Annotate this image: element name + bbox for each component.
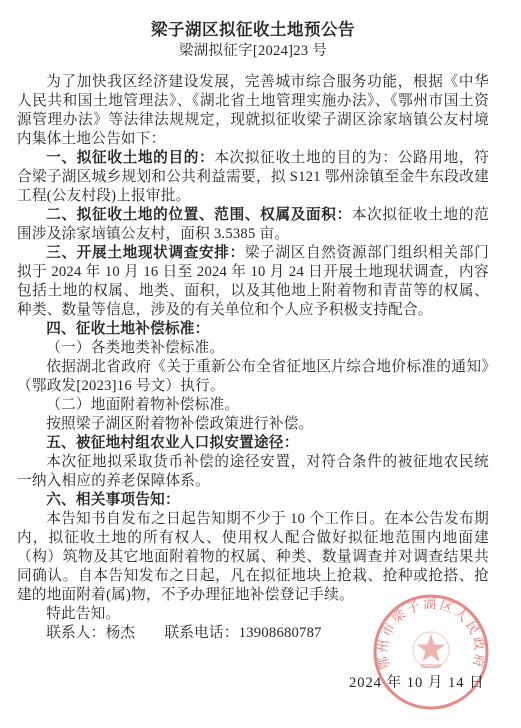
notice-document-page: 梁子湖区拟征收土地预公告 梁湖拟征字[2024]23 号 为了加快我区经济建设发… (0, 0, 521, 728)
paragraph-text: （一）各类地类补偿标准。 (46, 340, 224, 356)
paragraph-text: 依据湖北省政府《关于重新公布全省征地区片综合地价标准的通知》（鄂政发[2023]… (17, 359, 489, 394)
contact-line: 联系人：杨杰联系电话：13908680787 (17, 624, 489, 643)
contact-phone-number: 13908680787 (239, 625, 322, 641)
paragraph-text: （二）地面附着物补偿标准。 (46, 397, 239, 413)
paragraph-text: 本告知书自发布之日起告知期不少于 10 个工作日。在本公告发布期内，拟征收土地的… (17, 511, 489, 603)
document-paragraph: 本告知书自发布之日起告知期不少于 10 个工作日。在本公告发布期内，拟征收土地的… (17, 510, 489, 605)
paragraph-text: 按照梁子湖区附着物补偿政策进行补偿。 (46, 416, 313, 432)
document-paragraph: （二）地面附着物补偿标准。 (17, 396, 489, 415)
section-lead: 二、拟征收土地的位置、范围、权属及面积： (46, 207, 352, 223)
document-paragraph: 为了加快我区经济建设发展，完善城市综合服务功能，根据《中华人民共和国土地管理法》… (17, 73, 489, 149)
seal-emblem-base (421, 664, 441, 668)
document-paragraph: 本次征地拟采取货币补偿的途径安置，对符合条件的被征地农民统一纳入相应的养老保障体… (17, 453, 489, 491)
contact-person-label: 联系人： (46, 625, 105, 641)
document-paragraph: 按照梁子湖区附着物补偿政策进行补偿。 (17, 415, 489, 434)
document-number: 梁湖拟征字[2024]23 号 (17, 43, 489, 60)
document-title: 梁子湖区拟征收土地预公告 (17, 20, 489, 40)
section-lead: 四、征收土地补偿标准： (46, 321, 209, 337)
section-lead: 六、相关事项告知： (46, 492, 180, 508)
paragraph-text: 特此告知。 (46, 606, 120, 622)
document-paragraph: 一、拟征收土地的目的：本次拟征收土地的目的为：公路用地，符合梁子湖区城乡规划和公… (17, 149, 489, 206)
paragraph-text: 为了加快我区经济建设发展，完善城市综合服务功能，根据《中华人民共和国土地管理法》… (17, 74, 489, 147)
document-paragraph: 依据湖北省政府《关于重新公布全省征地区片综合地价标准的通知》（鄂政发[2023]… (17, 358, 489, 396)
section-lead: 五、被征地村组农业人口拟安置途径： (46, 435, 298, 451)
document-paragraph: 五、被征地村组农业人口拟安置途径： (17, 434, 489, 453)
document-body: 为了加快我区经济建设发展，完善城市综合服务功能，根据《中华人民共和国土地管理法》… (17, 73, 489, 643)
contact-person-name: 杨杰 (106, 625, 136, 641)
document-paragraph: 特此告知。 (17, 605, 489, 624)
document-paragraph: （一）各类地类补偿标准。 (17, 339, 489, 358)
section-lead: 三、开展土地现状调查安排： (46, 245, 245, 261)
document-paragraph: 二、拟征收土地的位置、范围、权属及面积：本次拟征收土地的范围涉及涂家垴镇公友村，… (17, 206, 489, 244)
document-paragraph: 四、征收土地补偿标准： (17, 320, 489, 339)
section-lead: 一、拟征收土地的目的： (46, 150, 214, 166)
document-paragraph: 三、开展土地现状调查安排：梁子湖区自然资源部门组织相关部门拟于 2024 年 1… (17, 244, 489, 320)
paragraph-text: 本次征地拟采取货币补偿的途径安置，对符合条件的被征地农民统一纳入相应的养老保障体… (17, 454, 489, 489)
document-paragraph: 六、相关事项告知： (17, 491, 489, 510)
issue-date: 2024 年 10 月 14 日 (349, 671, 485, 692)
contact-phone-label: 联系电话： (164, 625, 238, 641)
